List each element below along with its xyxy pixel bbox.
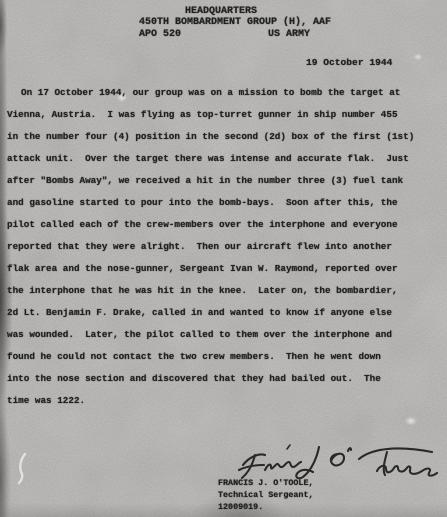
signer-name: FRANCIS J. O'TOOLE,: [218, 478, 314, 488]
body-line: the interphone that he was hit in the kn…: [7, 285, 414, 307]
body-line: attack unit. Over the target there was i…: [7, 153, 414, 175]
body-line: and gasoline started to pour into the bo…: [7, 197, 414, 219]
signer-service-number: 12009019.: [218, 502, 263, 512]
body-line: 2d Lt. Benjamin F. Drake, called in and …: [7, 307, 414, 329]
body-line: reported that they were alright. Then ou…: [7, 241, 414, 263]
letter-body: On 17 October 1944, our group was on a m…: [7, 87, 414, 417]
body-line: On 17 October 1944, our group was on a m…: [7, 87, 414, 109]
signer-rank: Technical Sergeant,: [218, 490, 314, 500]
body-line: time was 1222.: [7, 395, 414, 417]
body-line: in the number four (4) position in the s…: [7, 131, 414, 153]
body-line: into the nose section and discovered tha…: [7, 373, 414, 395]
letterhead-apo: APO 520: [139, 29, 181, 40]
letterhead-army: US ARMY: [268, 29, 310, 40]
body-line: Vienna, Austria. I was flying as top-tur…: [7, 109, 414, 131]
body-line: found he could not contact the two crew …: [7, 351, 414, 373]
scanned-letter-page: HEADQUARTERS 450TH BOMBARDMENT GROUP (H)…: [0, 0, 447, 517]
body-line: flak area and the nose-gunner, Sergeant …: [7, 263, 414, 285]
date-line: 19 October 1944: [306, 57, 392, 68]
body-line: after "Bombs Away", we received a hit in…: [7, 175, 414, 197]
body-line: was wounded. Later, the pilot called to …: [7, 329, 414, 351]
scratch-mark: [10, 448, 40, 488]
letterhead-title: HEADQUARTERS: [185, 6, 257, 17]
body-line: pilot called each of the crew-members ov…: [7, 219, 414, 241]
letterhead-unit: 450TH BOMBARDMENT GROUP (H), AAF: [139, 17, 331, 28]
